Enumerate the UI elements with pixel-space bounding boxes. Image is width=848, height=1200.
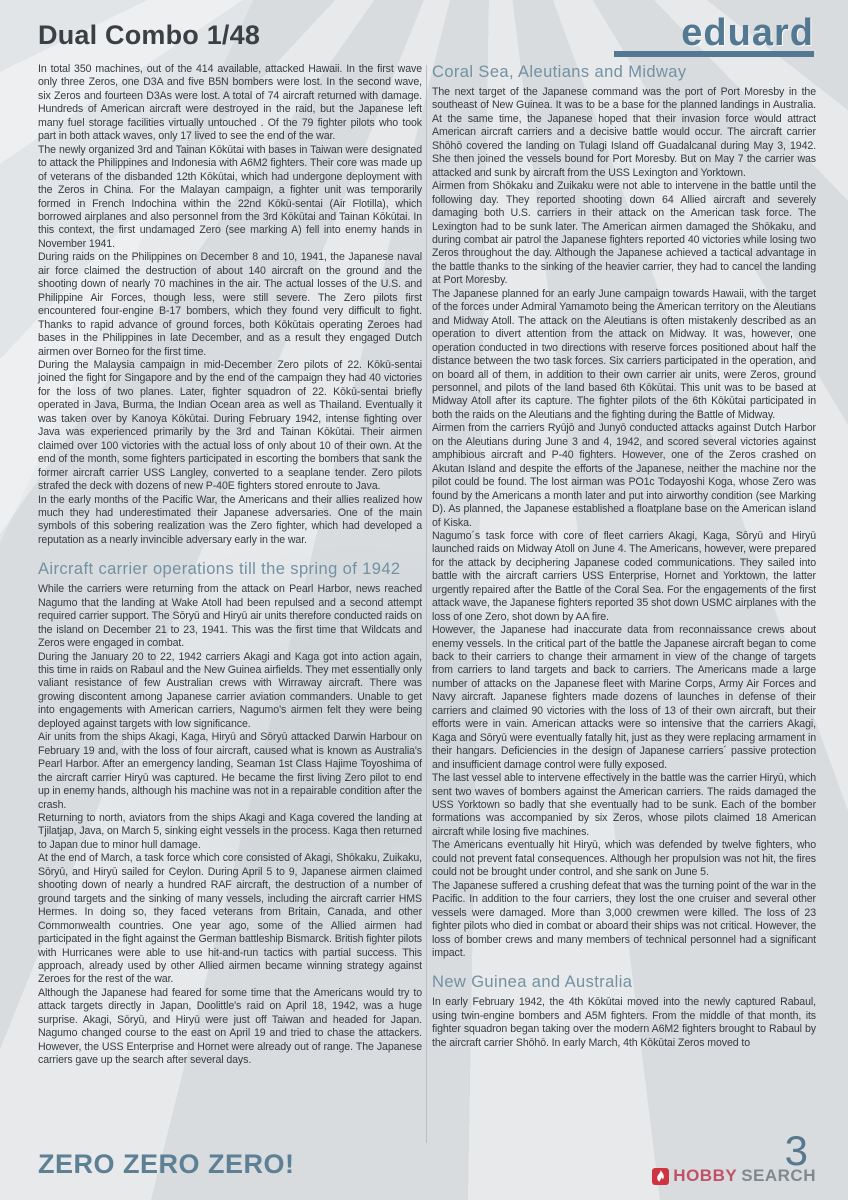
paragraph: However, the Japanese had inaccurate dat… xyxy=(432,624,816,772)
paragraph: The newly organized 3rd and Tainan Kōkūt… xyxy=(38,144,422,252)
paragraph: At the end of March, a task force which … xyxy=(38,852,422,987)
paragraph: Although the Japanese had feared for som… xyxy=(38,987,422,1068)
paragraph: Returning to north, aviators from the sh… xyxy=(38,812,422,852)
paragraph: The last vessel able to intervene effect… xyxy=(432,772,816,839)
paragraph: During the Malaysia campaign in mid-Dece… xyxy=(38,359,422,494)
paragraph: In early February 1942, the 4th Kōkūtai … xyxy=(432,996,816,1050)
search-wordmark: SEARCH xyxy=(741,1166,816,1186)
paragraph: In the early months of the Pacific War, … xyxy=(38,494,422,548)
eduard-logo: eduard xyxy=(614,16,814,57)
paragraph: The next target of the Japanese command … xyxy=(432,86,816,180)
paragraph: Nagumo´s task force with core of fleet c… xyxy=(432,530,816,624)
column-divider xyxy=(426,65,427,1143)
paragraph: During raids on the Philippines on Decem… xyxy=(38,251,422,359)
paragraph: Airmen from the carriers Ryūjō and Junyō… xyxy=(432,422,816,530)
flame-icon xyxy=(652,1168,669,1185)
paragraph: During the January 20 to 22, 1942 carrie… xyxy=(38,651,422,732)
left-column: In total 350 machines, out of the 414 av… xyxy=(38,63,422,1068)
page-footer: ZERO ZERO ZERO! 3 HOBBY SEARCH xyxy=(38,1138,816,1188)
paragraph: In total 350 machines, out of the 414 av… xyxy=(38,63,422,144)
page-title: Dual Combo 1/48 xyxy=(38,20,260,51)
section-heading: New Guinea and Australia xyxy=(432,973,816,992)
page-header: Dual Combo 1/48 eduard xyxy=(38,16,814,60)
right-column: Coral Sea, Aleutians and MidwayThe next … xyxy=(432,63,816,1050)
hobby-search-logo: HOBBY SEARCH xyxy=(652,1166,816,1186)
paragraph: The Japanese suffered a crushing defeat … xyxy=(432,880,816,961)
hobby-wordmark: HOBBY xyxy=(673,1166,737,1186)
paragraph: Airmen from Shōkaku and Zuikaku were not… xyxy=(432,180,816,288)
paragraph: The Americans eventually hit Hiryū, whic… xyxy=(432,839,816,879)
eduard-wordmark: eduard xyxy=(614,16,814,50)
section-heading: Aircraft carrier operations till the spr… xyxy=(38,560,422,579)
booklet-title: ZERO ZERO ZERO! xyxy=(38,1149,295,1180)
paragraph: Air units from the ships Akagi, Kaga, Hi… xyxy=(38,731,422,812)
section-heading: Coral Sea, Aleutians and Midway xyxy=(432,63,816,82)
document-page: Dual Combo 1/48 eduard In total 350 mach… xyxy=(0,0,848,1200)
paragraph: While the carriers were returning from t… xyxy=(38,583,422,650)
paragraph: The Japanese planned for an early June c… xyxy=(432,288,816,423)
